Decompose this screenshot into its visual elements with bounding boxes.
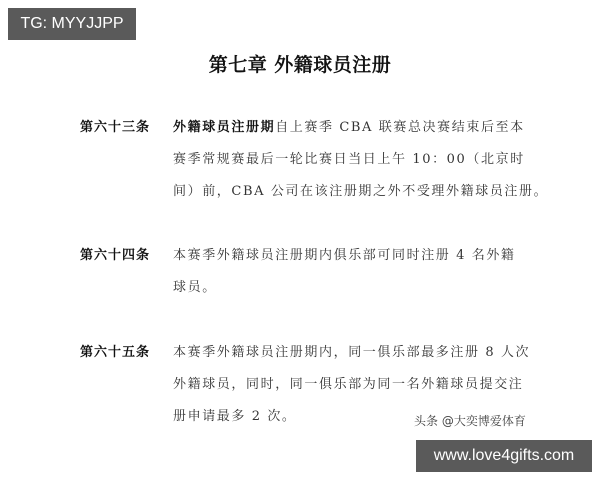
article-body: 本赛季外籍球员注册期内俱乐部可同时注册 4 名外籍 球员。 [173,240,523,304]
article-line: 本赛季外籍球员注册期内俱乐部可同时注册 4 名外籍 [173,240,523,272]
article-label: 第六十四条 [80,240,150,272]
article-label: 第六十五条 [80,337,150,369]
article-highlight: 外籍球员注册期 [173,120,275,135]
article-label: 第六十三条 [80,112,150,144]
watermark-top: TG: MYYJJPP [8,8,136,40]
source-credit: 头条 @大奕博爱体育 [414,412,526,429]
article-body: 外籍球员注册期自上赛季 CBA 联赛总决赛结束后至本 赛季常规赛最后一轮比赛日当… [173,112,523,208]
article-line: 间）前，CBA 公司在该注册期之外不受理外籍球员注册。 [173,176,523,208]
article-line: 本赛季外籍球员注册期内，同一俱乐部最多注册 8 人次 [173,337,523,369]
watermark-bottom: www.love4gifts.com [416,440,592,472]
article-text: 自上赛季 CBA 联赛总决赛结束后至本 [275,120,525,135]
article-line: 赛季常规赛最后一轮比赛日当日上午 10：00（北京时 [173,144,523,176]
article-line: 外籍球员注册期自上赛季 CBA 联赛总决赛结束后至本 [173,112,523,144]
article-line: 球员。 [173,272,523,304]
article-line: 外籍球员，同时，同一俱乐部为同一名外籍球员提交注 [173,369,523,401]
chapter-title: 第七章 外籍球员注册 [0,50,600,77]
